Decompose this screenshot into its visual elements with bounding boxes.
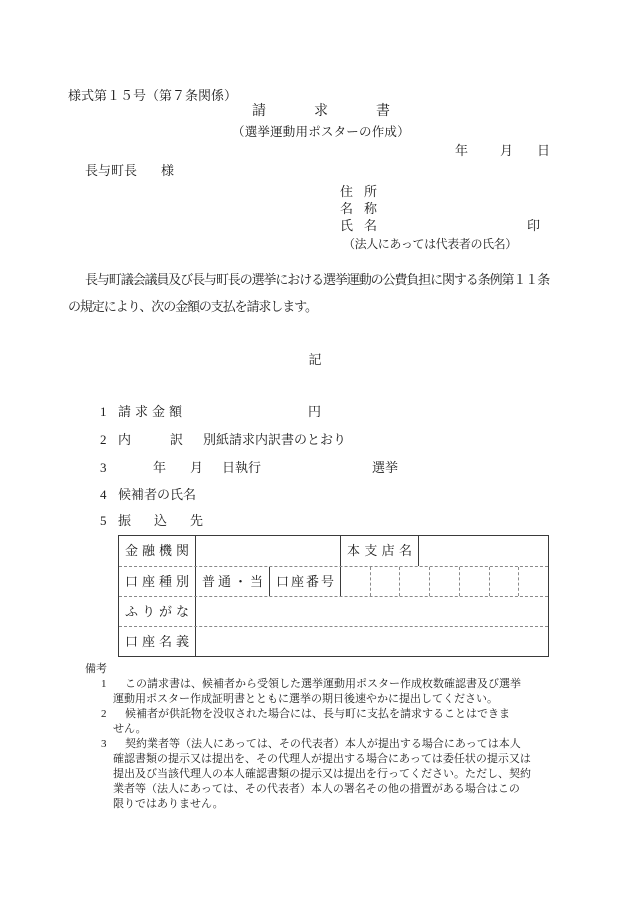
item-breakdown-label-b: 訳 [170, 432, 183, 447]
account-number-digit-cell [399, 567, 429, 596]
remark-line: 限りではありません。 [85, 797, 550, 812]
account-number-digit-cells [340, 567, 548, 596]
remark-line: せん。 [85, 722, 550, 737]
remarks-heading: 備考 [85, 662, 550, 677]
account-number-digit-cell [341, 567, 370, 596]
representative-note: （法人にあっては代表者の氏名） [343, 237, 517, 251]
remark-line: 提出及び当該代理人の本人確認書類の提示又は提出を行ってください。ただし、契約 [85, 767, 550, 782]
applicant-person-name-label: 氏名 [340, 218, 388, 233]
account-number-digit-cell [518, 567, 548, 596]
bank-table-row-account: 口座種別 普通・当座 口座番号 [119, 566, 548, 596]
document-title: 請求書 [252, 104, 438, 120]
date-month-label: 月 [500, 143, 513, 158]
applicant-org-name-label: 名称 [340, 201, 388, 216]
form-number: 様式第１５号（第７条関係） [68, 88, 237, 103]
account-number-digit-cell [429, 567, 459, 596]
statement-line: 長与町議会議員及び長与町長の選挙における選挙運動の公費負担に関する条例第１１条 [85, 272, 549, 287]
item-breakdown-number: 2 [100, 432, 107, 447]
item-election-suffix: 選挙 [372, 460, 398, 475]
addressee-name: 長与町長 [85, 163, 137, 178]
item-candidate-label: 候補者の氏名 [118, 487, 196, 502]
item-breakdown-label-a: 内 [118, 432, 131, 447]
item-amount-label: 請求金額 [118, 404, 186, 419]
item-breakdown-value: 別紙請求内訳書のとおり [203, 432, 346, 447]
statement-line: の規定により、次の金額の支払を請求します。 [68, 299, 317, 314]
remark-line: 1この請求書は、候補者から受領した選挙運動用ポスター作成枚数確認書及び選挙 [85, 677, 550, 692]
remarks-section: 備考 1この請求書は、候補者から受領した選挙運動用ポスター作成枚数確認書及び選挙… [85, 662, 550, 812]
addressee-honorific: 様 [161, 163, 174, 178]
institution-value-cell [195, 536, 340, 566]
remark-line: 確認書類の提示又は提出を、その代理人が提出する場合にあっては委任状の提示又は [85, 752, 550, 767]
item-election-month-label: 月 [190, 460, 203, 475]
applicant-address-label: 住所 [340, 184, 388, 199]
remark-item-3: 3契約業者等（法人にあっては、その代表者）本人が提出する場合にあっては本人 確認… [85, 737, 550, 812]
item-payee-number: 5 [100, 513, 107, 528]
holder-value-cell [195, 627, 548, 656]
branch-value-cell [418, 536, 548, 566]
holder-label-cell: 口座名義 [119, 627, 195, 656]
bank-transfer-table: 金融機関名 本支店名 口座種別 普通・当座 口座番号 ふりがな 口座名義 [118, 535, 549, 657]
account-number-label-cell: 口座番号 [269, 567, 340, 596]
remark-line: 3契約業者等（法人にあっては、その代表者）本人が提出する場合にあっては本人 [85, 737, 550, 752]
item-amount-number: 1 [100, 404, 107, 419]
remark-item-1: 1この請求書は、候補者から受領した選挙運動用ポスター作成枚数確認書及び選挙 運動… [85, 677, 550, 707]
bank-table-row-holder: 口座名義 [119, 626, 548, 656]
remark-line: 2候補者が供託物を没収された場合には、長与町に支払を請求することはできま [85, 707, 550, 722]
item-election-number: 3 [100, 460, 107, 475]
item-election-day-label: 日執行 [222, 460, 261, 475]
item-payee-label: 振込先 [118, 513, 226, 528]
item-candidate-number: 4 [100, 487, 107, 502]
account-type-value-cell: 普通・当座 [195, 567, 269, 596]
account-type-label-cell: 口座種別 [119, 567, 195, 596]
remark-number: 2 [101, 707, 107, 722]
remark-line: 業者等（法人にあっては、その代表者）本人の署名その他の措置がある場合はこの [85, 782, 550, 797]
seal-mark: 印 [527, 218, 540, 233]
bank-table-row-furigana: ふりがな [119, 596, 548, 626]
document-subtitle: （選挙運動用ポスターの作成） [232, 122, 410, 140]
furigana-label-cell: ふりがな [119, 597, 195, 626]
account-number-digit-cell [489, 567, 519, 596]
item-election-year-label: 年 [153, 460, 166, 475]
remark-text: この請求書は、候補者から受領した選挙運動用ポスター作成枚数確認書及び選挙 [125, 678, 521, 690]
furigana-value-cell [195, 597, 548, 626]
section-mark: 記 [0, 352, 630, 367]
remark-line: 運動用ポスター作成証明書とともに選挙の期日後速やかに提出してください。 [85, 692, 550, 707]
date-day-label: 日 [537, 143, 550, 158]
bank-table-row-institution: 金融機関名 本支店名 [119, 536, 548, 566]
date-year-label: 年 [455, 143, 468, 158]
account-number-digit-cell [459, 567, 489, 596]
institution-label-cell: 金融機関名 [119, 536, 195, 566]
account-number-digit-cell [370, 567, 400, 596]
remark-text: 契約業者等（法人にあっては、その代表者）本人が提出する場合にあっては本人 [125, 738, 521, 750]
branch-label-cell: 本支店名 [340, 536, 418, 566]
remark-number: 3 [101, 737, 107, 752]
invoice-form-page: 様式第１５号（第７条関係） 請求書 （選挙運動用ポスターの作成） 年 月 日 長… [0, 0, 630, 903]
remark-number: 1 [101, 677, 107, 692]
item-amount-unit: 円 [308, 404, 321, 419]
remark-item-2: 2候補者が供託物を没収された場合には、長与町に支払を請求することはできま せん。 [85, 707, 550, 737]
remark-text: 候補者が供託物を没収された場合には、長与町に支払を請求することはできま [125, 708, 510, 720]
